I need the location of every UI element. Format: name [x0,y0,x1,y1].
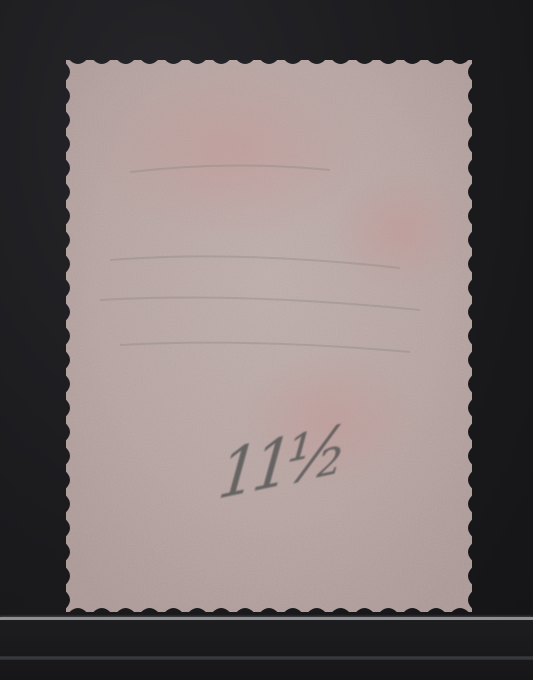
stamp-photo: 11½ [0,0,533,680]
stamp-back [0,0,533,680]
stockbook-strip-line [0,656,533,660]
stockbook-strip [0,617,533,680]
